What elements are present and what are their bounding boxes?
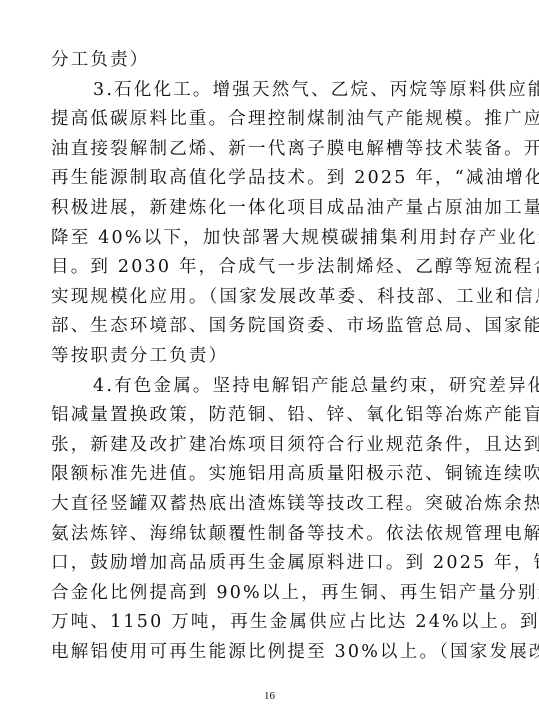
text-line: 降至 40%以下，加快部署大规模碳捕集利用封存产业化示范项 — [51, 224, 483, 254]
document-page: 分工负责） 3.石化化工。增强天然气、乙烷、丙烷等原料供应能力， 提高低碳原料比… — [0, 0, 539, 721]
text-line: 合金化比例提高到 90%以上，再生铜、再生铝产量分别达到 400 — [51, 579, 483, 609]
text-line: 油直接裂解制乙烯、新一代离子膜电解槽等技术装备。开发可 — [51, 135, 483, 165]
text-line: 等按职责分工负责） — [51, 342, 483, 372]
text-line: 提高低碳原料比重。合理控制煤制油气产能规模。推广应用原 — [51, 105, 483, 135]
text-line: 万吨、1150 万吨，再生金属供应占比达 24%以上。到 2030 年， — [51, 608, 483, 638]
text-line: 再生能源制取高值化学品技术。到 2025 年，“减油增化”取得 — [51, 164, 483, 194]
text-line: 张，新建及改扩建冶炼项目须符合行业规范条件，且达到能耗 — [51, 431, 483, 461]
section-heading-petrochemical: 3.石化化工。增强天然气、乙烷、丙烷等原料供应能力， — [51, 76, 483, 106]
body-text: 分工负责） 3.石化化工。增强天然气、乙烷、丙烷等原料供应能力， 提高低碳原料比… — [51, 46, 483, 667]
text-line: 分工负责） — [51, 46, 483, 76]
text-line: 电解铝使用可再生能源比例提至 30%以上。（国家发展改革委、 — [51, 638, 483, 668]
text-line: 大直径竖罐双蓄热底出渣炼镁等技改工程。突破冶炼余热回收、 — [51, 490, 483, 520]
text-line: 铝减量置换政策，防范铜、铅、锌、氧化铝等冶炼产能盲目扩 — [51, 401, 483, 431]
page-number: 16 — [0, 690, 539, 702]
section-heading-nonferrous-metals: 4.有色金属。坚持电解铝产能总量约束，研究差异化电解 — [51, 372, 483, 402]
text-line: 目。到 2030 年，合成气一步法制烯烃、乙醇等短流程合成技术 — [51, 253, 483, 283]
text-line: 口，鼓励增加高品质再生金属原料进口。到 2025 年，铝水直接 — [51, 549, 483, 579]
text-line: 限额标准先进值。实施铝用高质量阳极示范、铜锍连续吹炼、 — [51, 460, 483, 490]
text-line: 部、生态环境部、国务院国资委、市场监管总局、国家能源局 — [51, 312, 483, 342]
text-line: 实现规模化应用。（国家发展改革委、科技部、工业和信息化 — [51, 283, 483, 313]
text-line: 氨法炼锌、海绵钛颠覆性制备等技术。依法依规管理电解铝出 — [51, 520, 483, 550]
text-line: 积极进展，新建炼化一体化项目成品油产量占原油加工量比例 — [51, 194, 483, 224]
